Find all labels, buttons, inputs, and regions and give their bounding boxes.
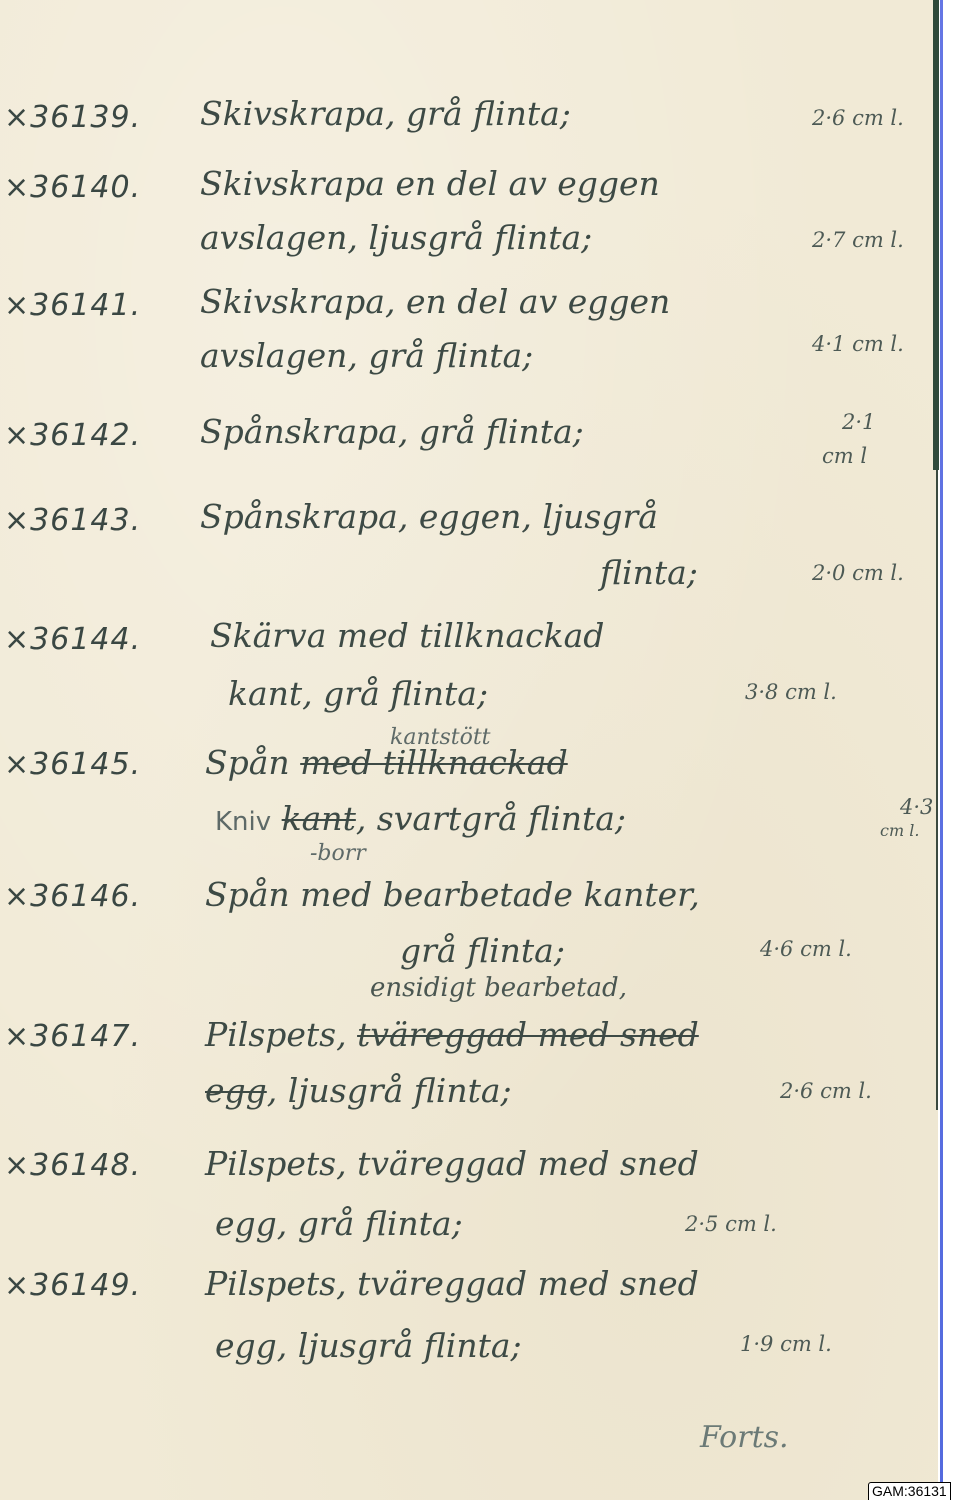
entry-measurement: 2·0 cm l. xyxy=(812,561,904,585)
inserted-correction: ensidigt bearbetad, xyxy=(370,973,627,1003)
entry-measurement: 2·6 cm l. xyxy=(780,1079,872,1103)
entry-description: Spån med tillknackad xyxy=(205,743,568,782)
entry-measurement: 2·5 cm l. xyxy=(685,1212,777,1236)
entry-measurement: 2·6 cm l. xyxy=(812,106,904,130)
entry-description: Skärva med tillknackad xyxy=(210,616,604,655)
entry-description: Skivskrapa en del av eggen xyxy=(200,164,660,203)
struck-text: egg xyxy=(205,1071,267,1110)
entry-description: Spånskrapa, grå flinta; xyxy=(200,412,584,451)
entry-number: ×36146. xyxy=(4,879,141,914)
entry-description: avslagen, grå flinta; xyxy=(200,336,533,375)
entry-description: Pilspets, tväreggad med sned xyxy=(205,1015,699,1054)
entry-measurement-unit: cm l. xyxy=(880,821,919,840)
entry-measurement: 2·7 cm l. xyxy=(812,228,904,252)
book-binding-strip xyxy=(933,0,939,470)
entry-description: avslagen, ljusgrå flinta; xyxy=(200,218,592,257)
entry-number: ×36140. xyxy=(4,170,141,205)
entry-measurement: 4·6 cm l. xyxy=(760,937,852,961)
scan-edge-line xyxy=(940,0,943,1500)
entry-description: Spån med bearbetade kanter, xyxy=(205,875,700,914)
entry-description: Kniv kant, svartgrå flinta; xyxy=(215,799,626,838)
entry-number: ×36139. xyxy=(4,100,141,135)
struck-text: tväreggad med sned xyxy=(357,1015,699,1054)
catalogue-page: ×36139. Skivskrapa, grå flinta; 2·6 cm l… xyxy=(0,0,938,1500)
entry-description: Skivskrapa, en del av eggen xyxy=(200,282,670,321)
struck-text: kant xyxy=(282,799,356,838)
struck-text: med tillknackad xyxy=(300,743,568,782)
entry-number: ×36147. xyxy=(4,1019,141,1054)
entry-measurement: 3·8 cm l. xyxy=(745,680,837,704)
entry-number: ×36148. xyxy=(4,1148,141,1183)
entry-measurement: 4·1 cm l. xyxy=(812,332,904,356)
entry-description: egg, grå flinta; xyxy=(215,1204,463,1243)
entry-description: Pilspets, tväreggad med sned xyxy=(205,1264,699,1303)
entry-description: flinta; xyxy=(600,553,698,592)
entry-measurement: 4·3 xyxy=(900,795,933,819)
entry-measurement: 2·1 xyxy=(842,410,875,434)
entry-measurement-unit: cm l xyxy=(822,444,867,468)
entry-description: grå flinta; xyxy=(400,931,565,970)
entry-description: Spånskrapa, eggen, ljusgrå xyxy=(200,497,658,536)
entry-measurement: 1·9 cm l. xyxy=(740,1332,832,1356)
entry-description: Skivskrapa, grå flinta; xyxy=(200,94,571,133)
entry-description: Pilspets, tväreggad med sned xyxy=(205,1144,699,1183)
page-edge-line xyxy=(936,470,938,1110)
entry-number: ×36143. xyxy=(4,503,141,538)
entry-description: kant, grå flinta; xyxy=(228,674,488,713)
catalogue-id-label: GAM:36131 xyxy=(868,1482,951,1500)
entry-description: egg, ljusgrå flinta; xyxy=(205,1071,512,1110)
entry-number: ×36149. xyxy=(4,1268,141,1303)
entry-number: ×36145. xyxy=(4,747,141,782)
inserted-correction: -borr xyxy=(310,841,366,866)
entry-number: ×36141. xyxy=(4,288,141,323)
entry-number: ×36144. xyxy=(4,622,141,657)
entry-number: ×36142. xyxy=(4,418,141,453)
entry-description: egg, ljusgrå flinta; xyxy=(215,1326,522,1365)
continued-note: Forts. xyxy=(700,1420,789,1455)
